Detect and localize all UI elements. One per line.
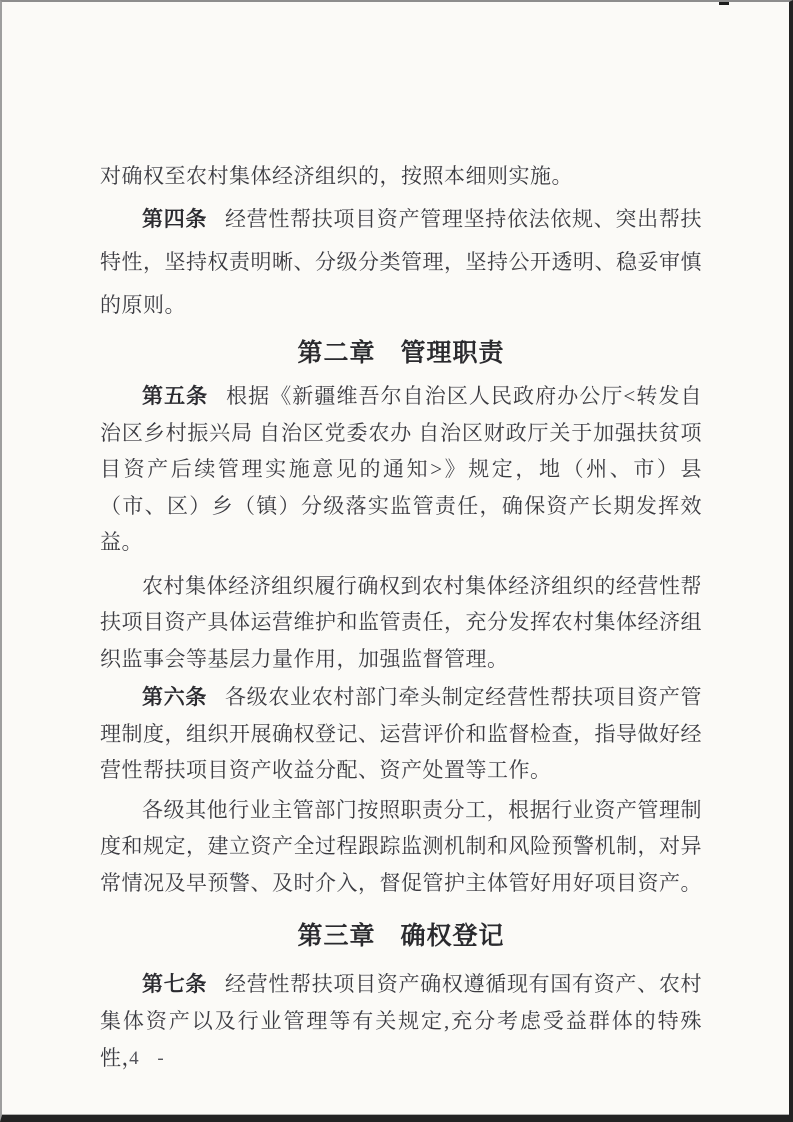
- chapter-2-heading: 第二章管理职责: [100, 335, 702, 373]
- paragraph-article-7: 第七条经营性帮扶项目资产确权遵循现有国有资产、农村集体资产以及行业管理等有关规定…: [100, 966, 702, 1077]
- paragraph-article-4: 第四条经营性帮扶项目资产管理坚持依法依规、突出帮扶特性，坚持权责明晰、分级分类管…: [100, 198, 702, 327]
- chapter-3-heading: 第三章确权登记: [100, 918, 702, 956]
- paragraph-collective-org: 农村集体经济组织履行确权到农村集体经济组织的经营性帮扶项目资产具体运营维护和监管…: [100, 568, 702, 678]
- chapter-3-title: 确权登记: [401, 923, 505, 950]
- chapter-3-number: 第三章: [297, 923, 375, 950]
- article-4-number: 第四条: [142, 207, 207, 231]
- page-number: - 4 -: [104, 1048, 171, 1070]
- article-7-number: 第七条: [142, 972, 207, 996]
- article-5-number: 第五条: [142, 384, 208, 408]
- chapter-2-number: 第二章: [297, 340, 375, 367]
- paragraph-article-5: 第五条根据《新疆维吾尔自治区人民政府办公厅<转发自治区乡村振兴局 自治区党委农办…: [100, 378, 702, 561]
- article-6-number: 第六条: [142, 685, 207, 709]
- document-body: 对确权至农村集体经济组织的，按照本细则实施。 第四条经营性帮扶项目资产管理坚持依…: [100, 155, 702, 1077]
- paragraph-other-industry: 各级其他行业主管部门按照职责分工，根据行业资产管理制度和规定，建立资产全过程跟踪…: [100, 792, 702, 902]
- scan-artifact-mark: [719, 2, 729, 5]
- chapter-2-title: 管理职责: [401, 340, 505, 367]
- paragraph-article-6: 第六条各级农业农村部门牵头制定经营性帮扶项目资产管理制度，组织开展确权登记、运营…: [100, 679, 702, 789]
- paragraph-continuation: 对确权至农村集体经济组织的，按照本细则实施。: [100, 155, 702, 198]
- scanned-document-page: 对确权至农村集体经济组织的，按照本细则实施。 第四条经营性帮扶项目资产管理坚持依…: [0, 0, 793, 1122]
- article-5-text: 根据《新疆维吾尔自治区人民政府办公厅<转发自治区乡村振兴局 自治区党委农办 自治…: [100, 384, 702, 554]
